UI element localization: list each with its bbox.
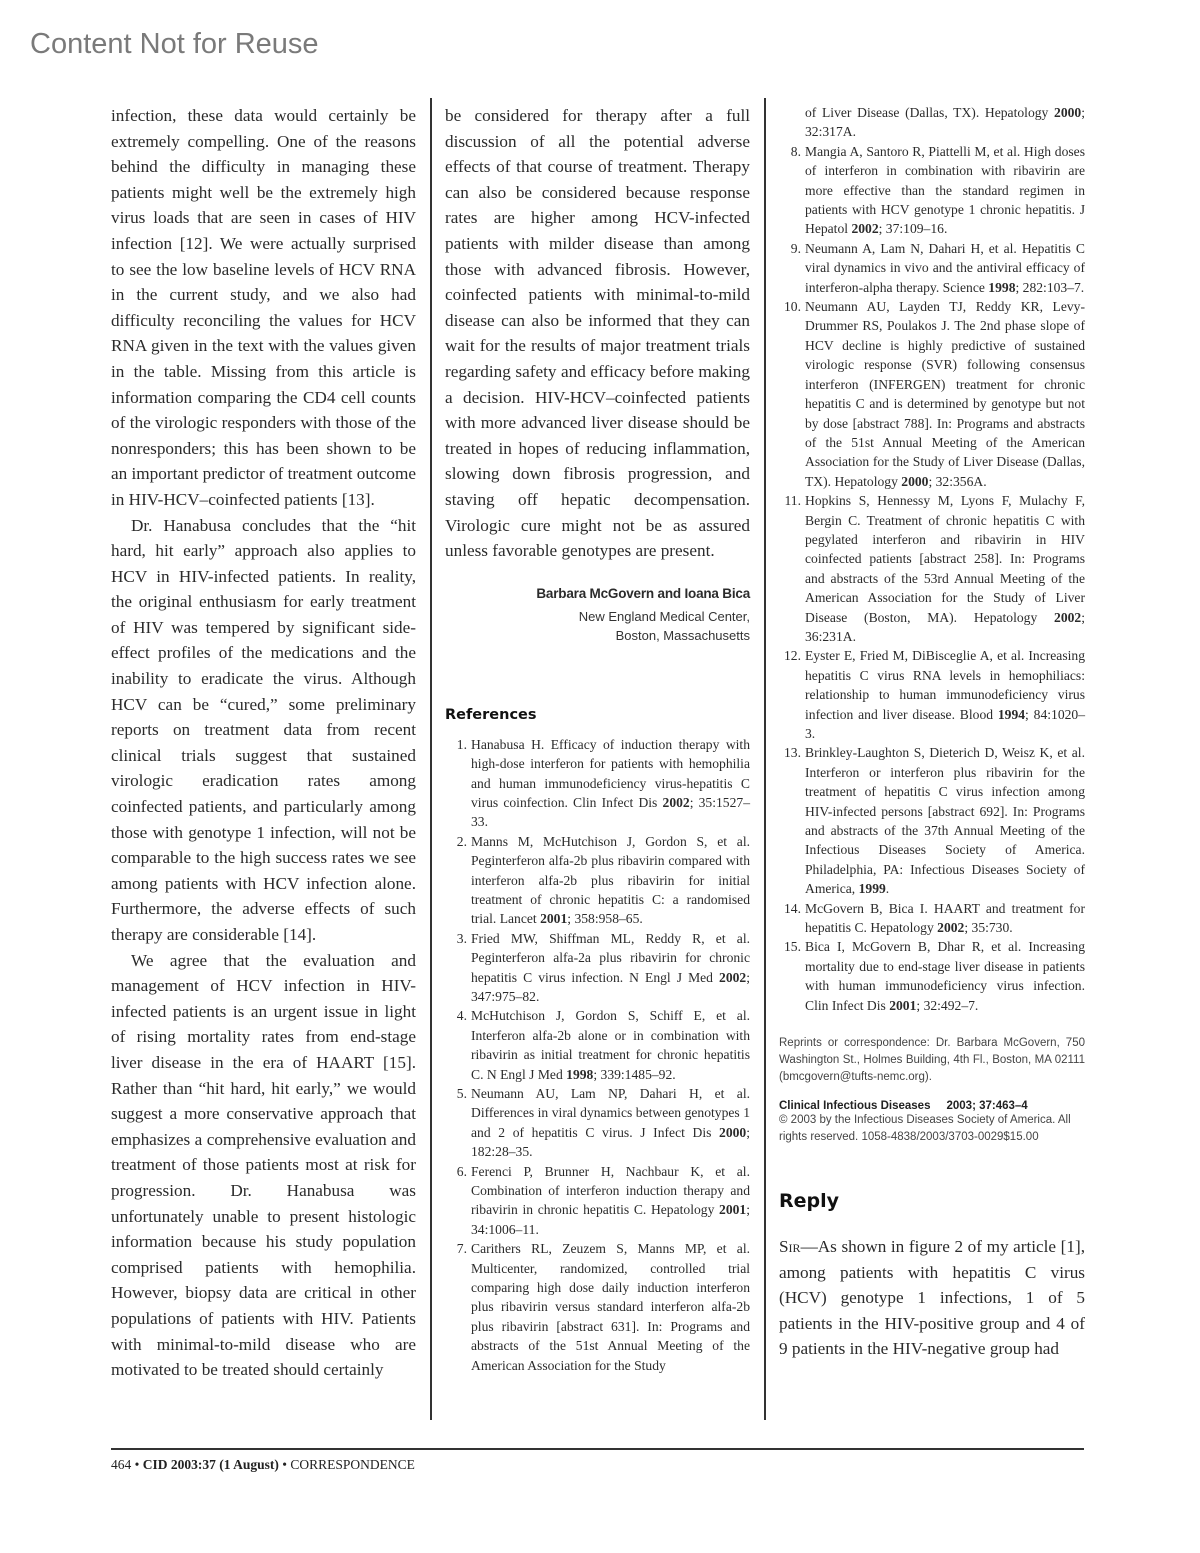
reply-salutation: Sir: [779, 1237, 801, 1256]
journal-citation: Clinical Infectious Diseases2003; 37:463…: [779, 1100, 1085, 1112]
column-divider: [764, 98, 766, 1420]
correspondence-note: Reprints or correspondence: Dr. Barbara …: [779, 1035, 1085, 1086]
journal-abbrev: CID 2003:37: [143, 1457, 216, 1472]
reference-item-continued: of Liver Disease (Dallas, TX). Hepatolog…: [779, 103, 1085, 142]
reference-item: 1.Hanabusa H. Efficacy of induction ther…: [445, 735, 750, 832]
journal-name: Clinical Infectious Diseases: [779, 1100, 930, 1112]
section-name: CORRESPONDENCE: [290, 1457, 415, 1472]
reference-item: 11.Hopkins S, Hennessy M, Lyons F, Mulac…: [779, 491, 1085, 646]
reference-item: 9.Neumann A, Lam N, Dahari H, et al. Hep…: [779, 239, 1085, 297]
column-3: of Liver Disease (Dallas, TX). Hepatolog…: [779, 103, 1085, 1362]
journal-volume: 2003; 37:463–4: [946, 1100, 1027, 1112]
reference-item: 5.Neumann AU, Lam NP, Dahari H, et al. D…: [445, 1084, 750, 1162]
reply-paragraph: Sir—As shown in figure 2 of my article […: [779, 1234, 1085, 1362]
reference-list: 1.Hanabusa H. Efficacy of induction ther…: [445, 735, 750, 1375]
reference-item: 2.Manns M, McHutchison J, Gordon S, et a…: [445, 832, 750, 929]
column-1: infection, these data would certainly be…: [111, 103, 416, 1383]
reference-item: 13.Brinkley-Laughton S, Dieterich D, Wei…: [779, 743, 1085, 898]
body-paragraph: infection, these data would certainly be…: [111, 103, 416, 513]
reference-item: 8.Mangia A, Santoro R, Piattelli M, et a…: [779, 142, 1085, 239]
reference-item: 7.Carithers RL, Zeuzem S, Manns MP, et a…: [445, 1239, 750, 1375]
copyright-notice: © 2003 by the Infectious Diseases Societ…: [779, 1112, 1085, 1146]
author-signature: Barbara McGovern and Ioana Bica New Engl…: [445, 586, 750, 645]
page-number: 464: [111, 1457, 131, 1472]
reference-item: 14.McGovern B, Bica I. HAART and treatme…: [779, 899, 1085, 938]
issue-date: (1 August): [219, 1457, 279, 1472]
reference-item: 12.Eyster E, Fried M, DiBisceglie A, et …: [779, 646, 1085, 743]
reference-item: 15.Bica I, McGovern B, Dhar R, et al. In…: [779, 937, 1085, 1015]
reference-item: 10.Neumann AU, Layden TJ, Reddy KR, Levy…: [779, 297, 1085, 491]
signature-authors: Barbara McGovern and Ioana Bica: [445, 586, 750, 601]
reference-item: 6.Ferenci P, Brunner H, Nachbaur K, et a…: [445, 1162, 750, 1240]
page-footer: 464 • CID 2003:37 (1 August) • CORRESPON…: [111, 1457, 415, 1473]
reply-heading: Reply: [779, 1190, 1085, 1212]
watermark: Content Not for Reuse: [30, 28, 319, 61]
reference-item: 4.McHutchison J, Gordon S, Schiff E, et …: [445, 1006, 750, 1084]
body-paragraph: We agree that the evaluation and managem…: [111, 948, 416, 1383]
footer-rule: [111, 1448, 1084, 1450]
signature-affiliation: New England Medical Center, Boston, Mass…: [445, 607, 750, 645]
body-paragraph: be considered for therapy after a full d…: [445, 103, 750, 564]
references-heading: References: [445, 707, 750, 723]
column-divider: [430, 98, 432, 1420]
body-paragraph: Dr. Hanabusa concludes that the “hit har…: [111, 513, 416, 948]
reference-item: 3.Fried MW, Shiffman ML, Reddy R, et al.…: [445, 929, 750, 1007]
column-2: be considered for therapy after a full d…: [445, 103, 750, 1375]
reference-list-continued: of Liver Disease (Dallas, TX). Hepatolog…: [779, 103, 1085, 1015]
